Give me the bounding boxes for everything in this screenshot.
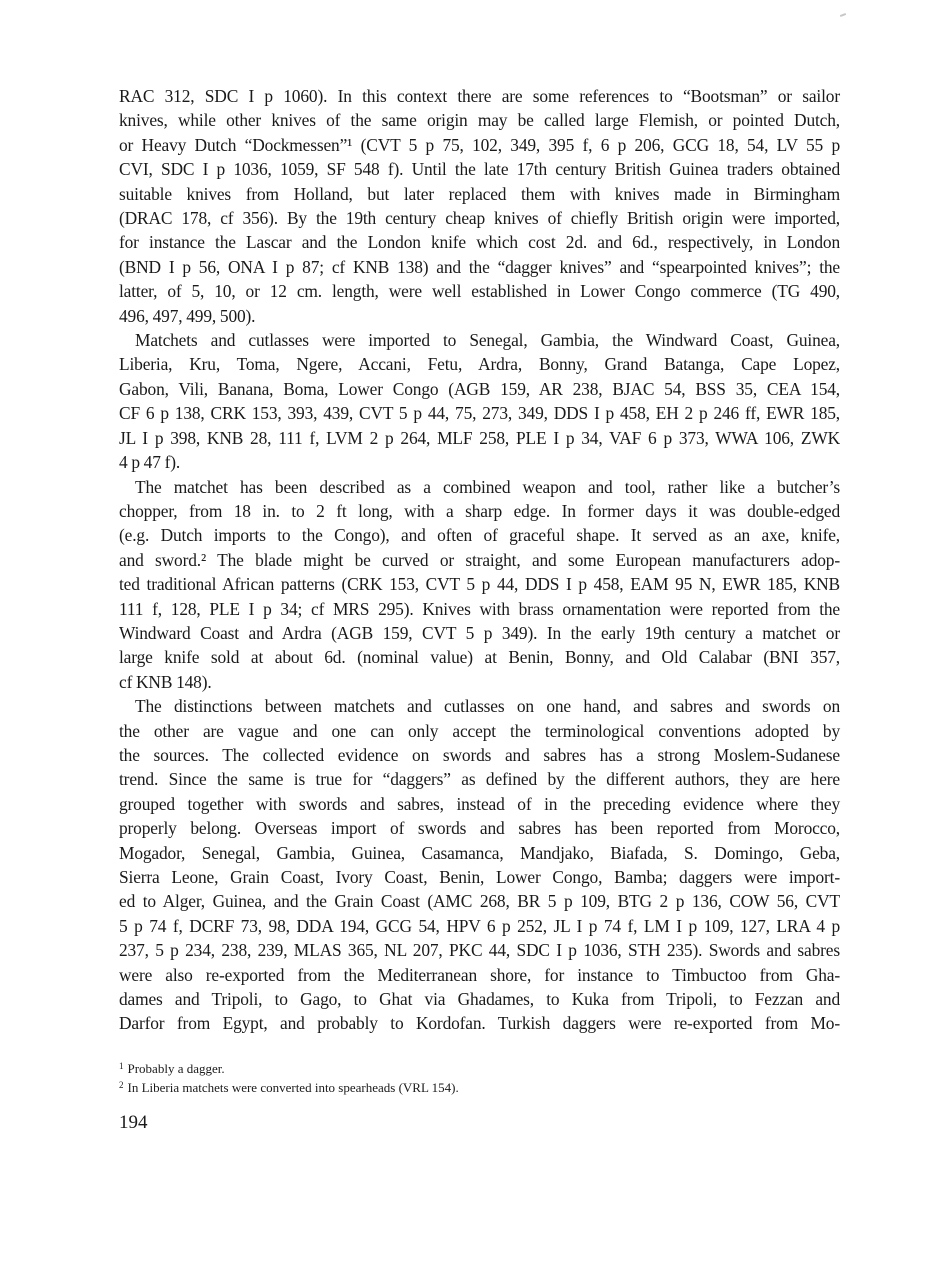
text-line: ed to Alger, Guinea, and the Grain Coast… — [119, 889, 840, 913]
text-line: suitable knives from Holland, but later … — [119, 182, 840, 206]
text-line: for instance the Lascar and the London k… — [119, 230, 840, 254]
text-line: chopper, from 18 in. to 2 ft long, with … — [119, 499, 840, 523]
text-line: Darfor from Egypt, and probably to Kordo… — [119, 1011, 840, 1035]
text-line: (BND I p 56, ONA I p 87; cf KNB 138) and… — [119, 255, 840, 279]
paragraph-1: RAC 312, SDC I p 1060). In this context … — [119, 84, 840, 328]
scan-artifact-mark — [840, 13, 846, 17]
text-line: ted traditional African patterns (CRK 15… — [119, 572, 840, 596]
text-line: Gabon, Vili, Banana, Boma, Lower Congo (… — [119, 377, 840, 401]
text-line: latter, of 5, 10, or 12 cm. length, were… — [119, 279, 840, 303]
text-line: The distinctions between matchets and cu… — [119, 694, 840, 718]
footnotes: 1Probably a dagger. 2In Liberia matchets… — [119, 1058, 719, 1096]
footnote-mark: 1 — [119, 1061, 124, 1071]
paragraph-2: Matchets and cutlasses were imported to … — [119, 328, 840, 474]
text-line: Mogador, Senegal, Gambia, Guinea, Casama… — [119, 841, 840, 865]
footnote-mark: 2 — [119, 1080, 124, 1090]
text-line: and sword.² The blade might be curved or… — [119, 548, 840, 572]
text-line: the other are vague and one can only acc… — [119, 719, 840, 743]
page-number: 194 — [119, 1112, 148, 1134]
text-line: cf KNB 148). — [119, 670, 840, 694]
text-line: CVI, SDC I p 1036, 1059, SF 548 f). Unti… — [119, 157, 840, 181]
text-line: the sources. The collected evidence on s… — [119, 743, 840, 767]
footnote-text: Probably a dagger. — [128, 1061, 225, 1076]
page-body: RAC 312, SDC I p 1060). In this context … — [119, 84, 840, 1036]
paragraph-4: The distinctions between matchets and cu… — [119, 694, 840, 1036]
text-line: Matchets and cutlasses were imported to … — [119, 328, 840, 352]
text-line: 4 p 47 f). — [119, 450, 840, 474]
text-line: were also re-exported from the Mediterra… — [119, 963, 840, 987]
text-line: JL I p 398, KNB 28, 111 f, LVM 2 p 264, … — [119, 426, 840, 450]
paragraph-3: The matchet has been described as a comb… — [119, 475, 840, 695]
footnote-text: In Liberia matchets were converted into … — [128, 1080, 459, 1095]
text-line: trend. Since the same is true for “dagge… — [119, 767, 840, 791]
text-line: The matchet has been described as a comb… — [119, 475, 840, 499]
text-line: 111 f, 128, PLE I p 34; cf MRS 295). Kni… — [119, 597, 840, 621]
footnote-1: 1Probably a dagger. — [119, 1058, 719, 1077]
text-line: RAC 312, SDC I p 1060). In this context … — [119, 84, 840, 108]
text-line: Windward Coast and Ardra (AGB 159, CVT 5… — [119, 621, 840, 645]
text-line: 237, 5 p 234, 238, 239, MLAS 365, NL 207… — [119, 938, 840, 962]
footnote-2: 2In Liberia matchets were converted into… — [119, 1077, 719, 1096]
text-line: (DRAC 178, cf 356). By the 19th century … — [119, 206, 840, 230]
text-line: Liberia, Kru, Toma, Ngere, Accani, Fetu,… — [119, 352, 840, 376]
text-line: knives, while other knives of the same o… — [119, 108, 840, 132]
text-line: 5 p 74 f, DCRF 73, 98, DDA 194, GCG 54, … — [119, 914, 840, 938]
text-line: dames and Tripoli, to Gago, to Ghat via … — [119, 987, 840, 1011]
text-line: CF 6 p 138, CRK 153, 393, 439, CVT 5 p 4… — [119, 401, 840, 425]
text-line: or Heavy Dutch “Dockmessen”¹ (CVT 5 p 75… — [119, 133, 840, 157]
text-line: 496, 497, 499, 500). — [119, 304, 840, 328]
text-line: Sierra Leone, Grain Coast, Ivory Coast, … — [119, 865, 840, 889]
text-line: grouped together with swords and sabres,… — [119, 792, 840, 816]
text-line: properly belong. Overseas import of swor… — [119, 816, 840, 840]
text-line: large knife sold at about 6d. (nominal v… — [119, 645, 840, 669]
text-line: (e.g. Dutch imports to the Congo), and o… — [119, 523, 840, 547]
